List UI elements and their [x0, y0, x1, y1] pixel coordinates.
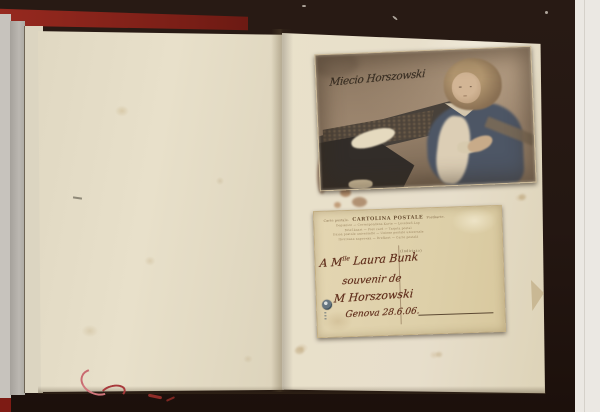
page-gutter-shadow — [271, 29, 293, 392]
page-stain — [352, 197, 367, 207]
page-stain — [295, 347, 304, 354]
left-page — [38, 29, 284, 392]
binding-thread — [148, 394, 162, 400]
scan-edge-line — [584, 0, 585, 412]
dust-speck — [545, 11, 548, 14]
page-stain — [334, 202, 341, 208]
page-stain — [436, 352, 442, 357]
scan-edge-strip — [575, 0, 600, 412]
dust-speck — [302, 5, 306, 7]
dust-speck — [392, 15, 398, 20]
binding-thread — [166, 396, 175, 401]
postcard-back: Carte postale. CARTOLINA POSTALE Postkar… — [313, 205, 506, 338]
album-scene: Miecio Horszowski Carte postale. CARTOLI… — [0, 0, 600, 412]
page-stack-edge-gray — [10, 21, 25, 395]
page-stain — [519, 194, 526, 200]
postcard-wear-shading — [314, 206, 505, 337]
photo-postcard: Miecio Horszowski — [314, 46, 536, 192]
